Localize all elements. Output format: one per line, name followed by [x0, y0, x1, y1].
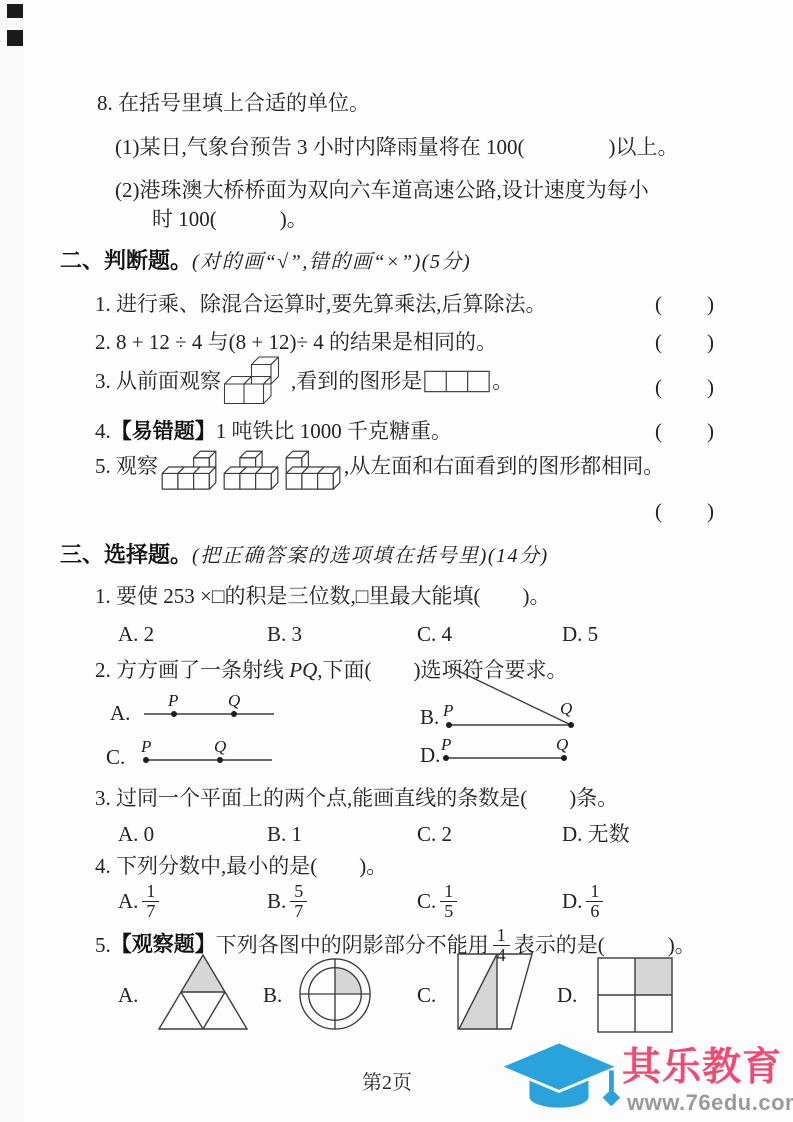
svg-text:Q: Q	[214, 738, 226, 756]
choice-q4-option-a: A. 17	[118, 876, 163, 926]
choice-q1-option-b: B. 3	[267, 621, 302, 647]
option-label: D.	[562, 888, 582, 914]
three-squares-figure	[424, 370, 490, 393]
question-8-part1: (1)某日,气象台预告 3 小时内降雨量将在 100( )以上。	[115, 134, 678, 160]
fraction: 15	[440, 882, 457, 921]
section-3-title: 三、选择题。	[60, 542, 192, 567]
svg-text:Q: Q	[228, 692, 240, 710]
svg-text:P: P	[167, 692, 178, 710]
choice-q3-option-d: D. 无数	[562, 821, 630, 847]
cubes-3d-figure	[223, 356, 289, 406]
svg-text:P: P	[440, 736, 451, 754]
judge-q3-end: 。	[492, 368, 513, 394]
choice-q4-option-c: C. 15	[417, 876, 461, 926]
answer-bracket: ( )	[655, 291, 715, 317]
choice-q3-option-a: A. 0	[118, 821, 154, 847]
choice-q1: 1. 要使 253 ×□的积是三位数,□里最大能填( )。	[95, 583, 550, 609]
choice-q1-option-d: D. 5	[562, 621, 598, 647]
choice-q2-label-c: C.	[106, 744, 125, 770]
judge-q1: 1. 进行乘、除混合运算时,要先算乘法,后算除法。	[95, 291, 547, 317]
svg-text:P: P	[442, 701, 453, 720]
choice-q5-label-a: A.	[118, 982, 138, 1008]
judge-q3-mid: ,看到的图形是	[291, 368, 422, 394]
section-2-heading: 二、判断题。(对的画“√”,错的画“×”)(5分)	[60, 247, 471, 275]
graduation-cap-icon	[495, 1040, 623, 1120]
judge-q5-pre: 5. 观察	[95, 453, 158, 479]
svg-text:Q: Q	[560, 699, 572, 718]
fraction: 17	[142, 882, 159, 921]
question-8-part2-line2: 时 100( )。	[152, 206, 308, 232]
choice-q1-option-c: C. 4	[417, 621, 452, 647]
choice-q5-label-c: C.	[417, 982, 436, 1008]
scan-mark	[7, 30, 23, 46]
choice-q5-text2: 表示的是( )。	[514, 932, 696, 958]
option-label: A.	[118, 888, 138, 914]
section-3-note: (把正确答案的选项填在括号里)(14分)	[192, 545, 549, 567]
choice-q4-option-d: D. 16	[562, 876, 607, 926]
fraction: 16	[586, 882, 603, 921]
choice-q5-text1: 下列各图中的阴影部分不能用	[216, 932, 489, 958]
judge-q3: 3. 从前面观察 ,看到的图形是 。	[95, 352, 513, 410]
ray-name-pq: PQ	[289, 658, 317, 682]
choice-q2-label-a: A.	[110, 700, 130, 726]
judge-q5-post: ,从左面和右面看到的图形都相同。	[344, 453, 664, 479]
scan-mark	[7, 4, 23, 18]
answer-bracket: ( )	[655, 374, 715, 400]
judge-q3-pre: 3. 从前面观察	[95, 368, 221, 394]
divided-triangle-figure	[157, 952, 249, 1032]
choice-q4-option-b: B. 57	[267, 876, 311, 926]
page-number: 第2页	[362, 1071, 412, 1096]
divided-circle-figure	[297, 956, 373, 1032]
ray-diagram-c: PQ	[140, 738, 275, 768]
section-2-title: 二、判断题。	[60, 248, 192, 273]
choice-q3-option-b: B. 1	[267, 821, 302, 847]
angle-diagram-b: PQ	[440, 664, 580, 734]
cubes-figure-top-right	[160, 442, 218, 491]
choice-q3: 3. 过同一个平面上的两个点,能画直线的条数是( )条。	[95, 785, 618, 811]
exam-paper-page: 8. 在括号里填上合适的单位。 (1)某日,气象台预告 3 小时内降雨量将在 1…	[0, 0, 793, 1122]
choice-q5-label-d: D.	[557, 982, 577, 1008]
brand-name: 其乐教育	[622, 1044, 782, 1093]
choice-q3-option-c: C. 2	[417, 821, 452, 847]
choice-q1-option-a: A. 2	[118, 621, 154, 647]
choice-q2-pre: 2. 方方画了一条射线	[95, 658, 289, 682]
svg-text:P: P	[140, 738, 151, 756]
choice-q5-label-b: B.	[263, 982, 282, 1008]
question-8-title: 8. 在括号里填上合适的单位。	[97, 90, 370, 116]
fraction: 57	[290, 882, 307, 921]
section-3-heading: 三、选择题。(把正确答案的选项填在括号里)(14分)	[60, 541, 549, 569]
divided-quadrilateral-figure	[452, 952, 536, 1032]
brand-url: www.76edu.com	[627, 1089, 793, 1117]
option-label: B.	[267, 888, 286, 914]
svg-text:Q: Q	[556, 736, 568, 754]
line-diagram-a: PQ	[142, 692, 277, 722]
choice-q5-number: 5.	[95, 932, 111, 958]
cubes-figure-top-middle	[222, 442, 280, 491]
option-label: C.	[417, 888, 436, 914]
question-8-part2-line1: (2)港珠澳大桥桥面为双向六车道高速公路,设计速度为每小	[115, 177, 649, 203]
section-2-note: (对的画“√”,错的画“×”)(5分)	[192, 251, 471, 273]
cubes-figure-top-left	[284, 442, 342, 491]
choice-q2-label-d: D.	[420, 742, 440, 768]
answer-bracket: ( )	[655, 329, 715, 355]
answer-bracket: ( )	[655, 498, 715, 524]
judge-q5: 5. 观察 ,从左面和右面看到的	[95, 440, 664, 492]
scan-edge-shadow	[0, 0, 24, 1122]
choice-q2-label-b: B.	[420, 704, 439, 730]
segment-diagram-d: PQ	[440, 736, 575, 766]
divided-square-figure	[596, 956, 674, 1034]
